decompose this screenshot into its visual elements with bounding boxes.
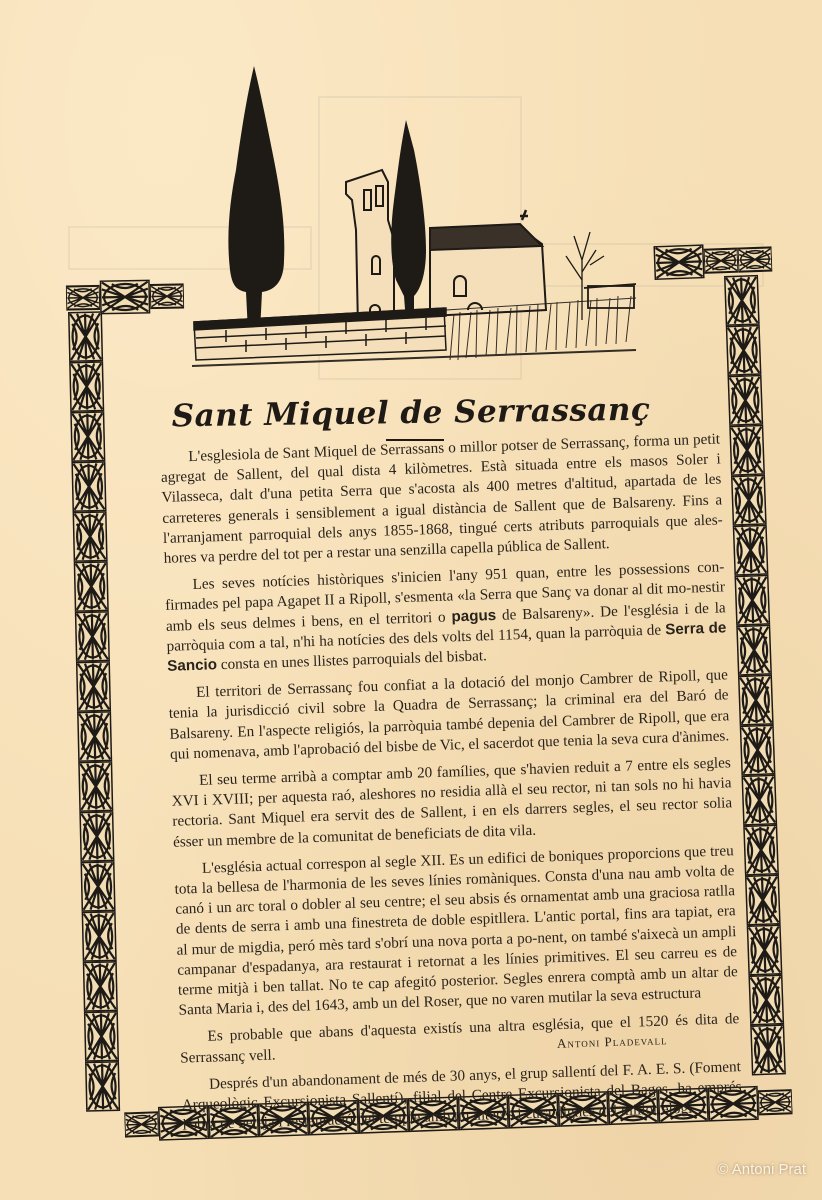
border-tile-icon xyxy=(653,244,704,280)
border-tile-icon xyxy=(100,280,151,315)
border-tile-icon xyxy=(150,279,185,314)
border-tile-icon xyxy=(703,243,738,278)
article-body: L'esglesiola de Sant Miquel de Serrassan… xyxy=(160,429,743,1136)
copyright-watermark: © Antoni Prat xyxy=(717,1161,806,1178)
border-corner-icon xyxy=(66,280,101,315)
church-nave-icon xyxy=(430,210,546,316)
stone-wall-icon xyxy=(194,308,446,360)
cypress-tree-middle-icon xyxy=(391,120,426,322)
cypress-tree-left-icon xyxy=(228,66,284,332)
border-top-left xyxy=(66,279,185,315)
paragraph-7: Després d'un abandonament de més de 30 a… xyxy=(181,1057,743,1136)
church-illustration xyxy=(186,60,646,390)
bold-term-pagus: pagus xyxy=(451,607,496,625)
bell-tower-icon xyxy=(346,170,394,328)
paragraph-3: El territori de Serrassanç fou confiat a… xyxy=(168,666,730,765)
farmhouse-icon xyxy=(584,284,636,308)
paragraph-1: L'esglesiola de Sant Miquel de Serrassan… xyxy=(160,429,724,569)
paragraph-2: Les seves notícies històriques s'inicien… xyxy=(164,558,727,678)
border-corner-icon xyxy=(737,242,772,277)
paragraph-5: L'església actual correspon al segle XII… xyxy=(174,841,739,1021)
paragraph-4: El seu terme arribà a comptar amb 20 fam… xyxy=(171,753,733,852)
